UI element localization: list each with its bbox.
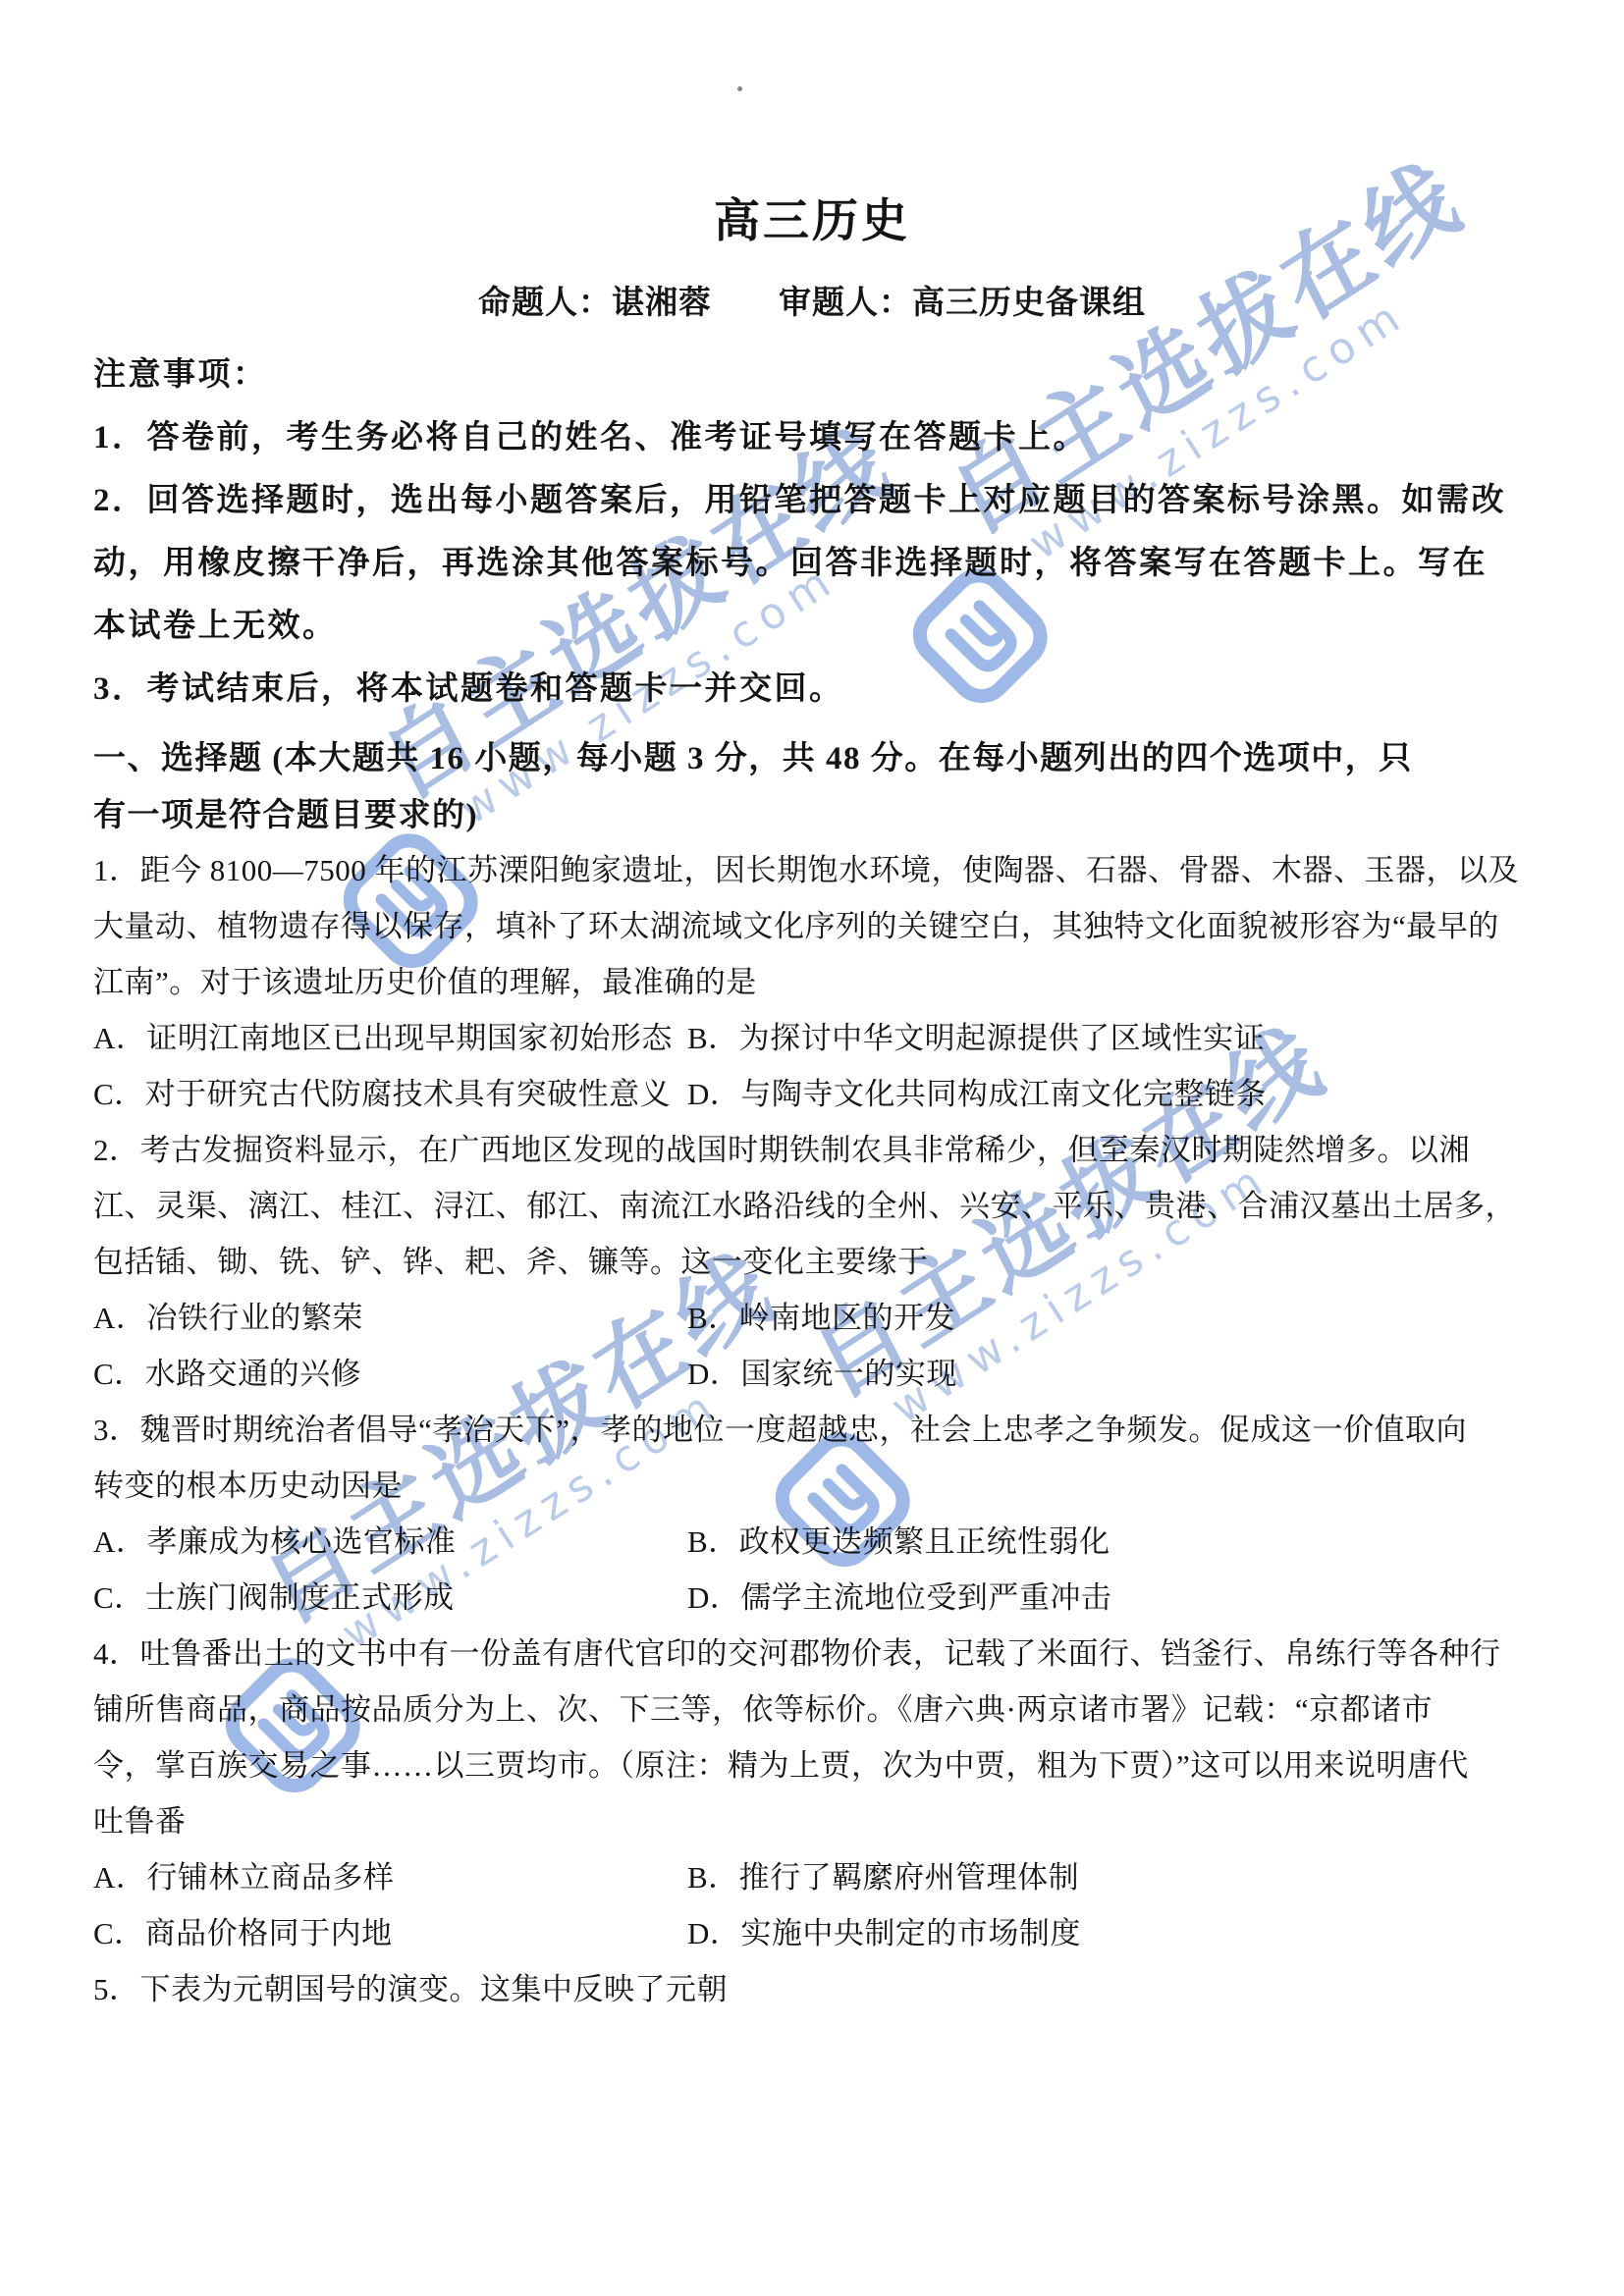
question-1-line-2: 大量动、植物遗存得以保存，填补了环太湖流域文化序列的关键空白，其独特文化面貌被形… bbox=[93, 898, 1585, 954]
exam-paper-page: 自主选拔在线 www.zizzs.com 自主选拔在线 www.zizzs.co… bbox=[0, 0, 1624, 2296]
notice-heading: 注意事项： bbox=[93, 344, 1565, 406]
question-list: 1．距今 8100—7500 年的江苏溧阳鲍家遗址，因长期饱水环境，使陶器、石器… bbox=[93, 842, 1585, 2017]
notice-item-3: 3．考试结束后，将本试题卷和答题卡一并交回。 bbox=[93, 658, 1565, 721]
notice-item-1: 1．答卷前，考生务必将自己的姓名、准考证号填写在答题卡上。 bbox=[93, 406, 1565, 469]
question-3-line-1: 3．魏晋时期统治者倡导“孝治天下”，孝的地位一度超越忠，社会上忠孝之争频发。促成… bbox=[93, 1402, 1585, 1458]
question-4-option-d: D．实施中央制定的市场制度 bbox=[687, 1916, 1081, 1950]
notice-item-2-line-3: 本试卷上无效。 bbox=[93, 595, 1565, 658]
document-content: 高三历史 命题人：谌湘蓉 审题人：高三历史备课组 注意事项： 1．答卷前，考生务… bbox=[0, 0, 1624, 2296]
question-3-line-2: 转变的根本历史动因是 bbox=[93, 1458, 1585, 1514]
question-4-option-c: C．商品价格同于内地 bbox=[93, 1905, 687, 1961]
question-3-option-b: B．政权更迭频繁且正统性弱化 bbox=[687, 1524, 1110, 1559]
section-heading-line-1: 一、选择题 (本大题共 16 小题，每小题 3 分，共 48 分。在每小题列出的… bbox=[93, 730, 1565, 787]
question-2-line-1: 2．考古发掘资料显示，在广西地区发现的战国时期铁制农具非常稀少，但至秦汉时期陡然… bbox=[93, 1122, 1585, 1178]
question-2-option-b: B．岭南地区的开发 bbox=[687, 1301, 955, 1335]
scan-dot-artifact bbox=[737, 86, 742, 91]
notice-item-2-line-1: 2．回答选择题时，选出每小题答案后，用铅笔把答题卡上对应题目的答案标号涂黑。如需… bbox=[93, 469, 1565, 532]
question-4-option-b: B．推行了羁縻府州管理体制 bbox=[687, 1860, 1079, 1895]
notice-block: 注意事项： 1．答卷前，考生务必将自己的姓名、准考证号填写在答题卡上。 2．回答… bbox=[93, 344, 1565, 721]
question-2-option-a: A．冶铁行业的繁荣 bbox=[93, 1290, 687, 1346]
question-2-options-cd: C．水路交通的兴修D．国家统一的实现 bbox=[93, 1346, 1585, 1402]
question-3-options-ab: A．孝廉成为核心选官标准B．政权更迭频繁且正统性弱化 bbox=[93, 1514, 1585, 1570]
question-3-option-a: A．孝廉成为核心选官标准 bbox=[93, 1514, 687, 1570]
question-1-option-b: B．为探讨中华文明起源提供了区域性实证 bbox=[687, 1021, 1265, 1055]
question-1-option-d: D．与陶寺文化共同构成江南文化完整链条 bbox=[687, 1077, 1267, 1111]
question-1-options-ab: A．证明江南地区已出现早期国家初始形态B．为探讨中华文明起源提供了区域性实证 bbox=[93, 1010, 1585, 1066]
question-2-options-ab: A．冶铁行业的繁荣B．岭南地区的开发 bbox=[93, 1290, 1585, 1346]
section-heading-line-2: 有一项是符合题目要求的) bbox=[93, 787, 1565, 844]
question-1-options-cd: C．对于研究古代防腐技术具有突破性意义D．与陶寺文化共同构成江南文化完整链条 bbox=[93, 1066, 1585, 1122]
question-1-option-c: C．对于研究古代防腐技术具有突破性意义 bbox=[93, 1066, 687, 1122]
question-3-option-c: C．士族门阀制度正式形成 bbox=[93, 1570, 687, 1626]
question-4-line-3: 令，掌百族交易之事……以三贾均市。（原注：精为上贾，次为中贾，粗为下贾）”这可以… bbox=[93, 1737, 1585, 1793]
notice-item-2-line-2: 动，用橡皮擦干净后，再选涂其他答案标号。回答非选择题时，将答案写在答题卡上。写在 bbox=[93, 532, 1565, 595]
question-4-option-a: A．行铺林立商品多样 bbox=[93, 1849, 687, 1905]
question-2-line-3: 包括锸、锄、铣、铲、铧、耙、斧、镰等。这一变化主要缘于 bbox=[93, 1234, 1585, 1290]
question-4-line-1: 4．吐鲁番出土的文书中有一份盖有唐代官印的交河郡物价表，记载了米面行、铛釜行、帛… bbox=[93, 1626, 1585, 1682]
question-1-option-a: A．证明江南地区已出现早期国家初始形态 bbox=[93, 1010, 687, 1066]
question-2-line-2: 江、灵渠、漓江、桂江、浔江、郁江、南流江水路沿线的全州、兴安、平乐、贵港、合浦汉… bbox=[93, 1178, 1585, 1234]
question-4-options-cd: C．商品价格同于内地D．实施中央制定的市场制度 bbox=[93, 1905, 1585, 1961]
question-4-line-4: 吐鲁番 bbox=[93, 1793, 1585, 1849]
question-2-option-c: C．水路交通的兴修 bbox=[93, 1346, 687, 1402]
question-4-line-2: 铺所售商品，商品按品质分为上、次、下三等，依等标价。《唐六典·两京诸市署》记载：… bbox=[93, 1682, 1585, 1737]
question-4-options-ab: A．行铺林立商品多样B．推行了羁縻府州管理体制 bbox=[93, 1849, 1585, 1905]
question-1-line-3: 江南”。对于该遗址历史价值的理解，最准确的是 bbox=[93, 954, 1585, 1010]
page-title: 高三历史 bbox=[0, 192, 1624, 251]
section-heading: 一、选择题 (本大题共 16 小题，每小题 3 分，共 48 分。在每小题列出的… bbox=[93, 730, 1565, 844]
question-3-options-cd: C．士族门阀制度正式形成D．儒学主流地位受到严重冲击 bbox=[93, 1570, 1585, 1626]
question-1-line-1: 1．距今 8100—7500 年的江苏溧阳鲍家遗址，因长期饱水环境，使陶器、石器… bbox=[93, 842, 1585, 898]
question-5-line-1: 5．下表为元朝国号的演变。这集中反映了元朝 bbox=[93, 1961, 1585, 2017]
question-2-option-d: D．国家统一的实现 bbox=[687, 1357, 957, 1391]
question-3-option-d: D．儒学主流地位受到严重冲击 bbox=[687, 1580, 1111, 1615]
byline: 命题人：谌湘蓉 审题人：高三历史备课组 bbox=[0, 282, 1624, 325]
